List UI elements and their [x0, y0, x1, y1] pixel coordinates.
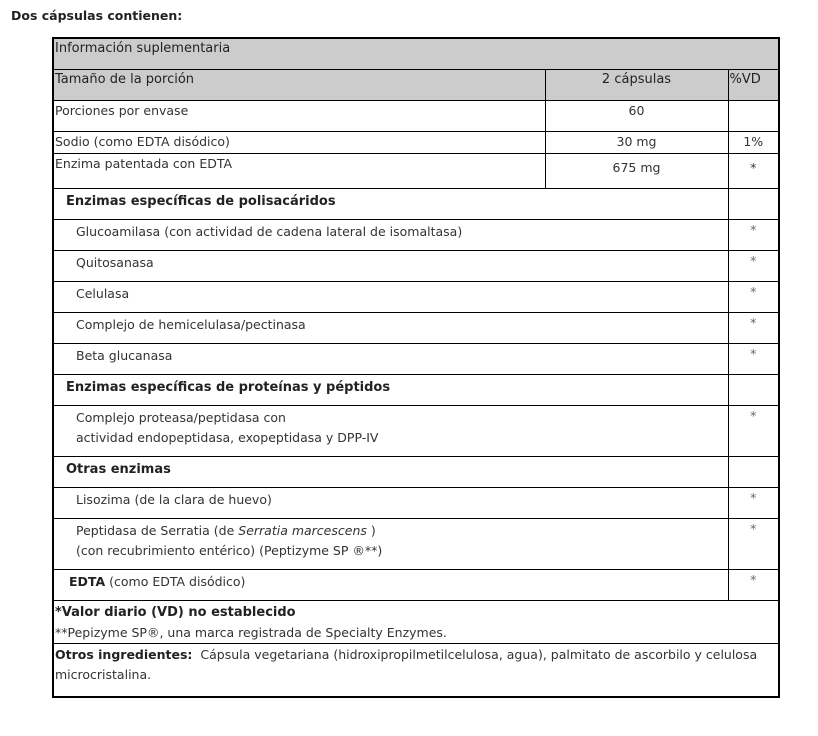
edta-row: EDTA (como EDTA disódico) *	[53, 570, 779, 601]
other-ingredients: Otros ingredientes: Cápsula vegetariana …	[55, 644, 777, 685]
ingredient-label: Complejo de hemicelulasa/pectinasa	[76, 313, 306, 335]
enzyme-blend-label: Enzima patentada con EDTA	[53, 154, 545, 189]
footnotes-row: *Valor diario (VD) no establecido **Pepi…	[53, 601, 779, 644]
ingredient-label-line1: Complejo proteasa/peptidasa con	[76, 406, 727, 428]
ingredient-label: Lisozima (de la clara de huevo)	[76, 488, 272, 510]
ingredient-dv: *	[730, 220, 778, 240]
servings-value: 60	[545, 101, 728, 132]
other-ingredients-row: Otros ingredientes: Cápsula vegetariana …	[53, 644, 779, 698]
servings-dv	[728, 101, 779, 132]
group-row: Enzimas específicas de polisacáridos	[53, 189, 779, 220]
group-name: Enzimas específicas de proteínas y pépti…	[53, 375, 728, 406]
other-ingredients-label: Otros ingredientes:	[55, 647, 192, 662]
ingredient-row: Beta glucanasa *	[53, 344, 779, 375]
enzyme-blend-amount: 675 mg	[545, 154, 728, 189]
sodium-row: Sodio (como EDTA disódico) 30 mg 1%	[53, 132, 779, 154]
serving-size-row: Tamaño de la porción 2 cápsulas %VD	[53, 70, 779, 101]
ingredient-row: Lisozima (de la clara de huevo) *	[53, 488, 779, 519]
group-row: Otras enzimas	[53, 457, 779, 488]
serving-size-value: 2 cápsulas	[545, 70, 728, 101]
ingredient-dv: *	[730, 282, 778, 302]
ingredient-row: Celulasa *	[53, 282, 779, 313]
table-title-row: Información suplementaria	[53, 38, 779, 70]
ingredient-row: Complejo de hemicelulasa/pectinasa *	[53, 313, 779, 344]
ingredient-label-line2: actividad endopeptidasa, exopeptidasa y …	[76, 428, 727, 448]
ingredient-label-line1: Peptidasa de Serratia (de Serratia marce…	[76, 519, 727, 541]
ingredient-dv: *	[730, 406, 778, 426]
servings-label: Porciones por envase	[53, 101, 545, 132]
serving-size-label: Tamaño de la porción	[53, 70, 545, 101]
ingredient-label: Celulasa	[76, 282, 129, 304]
enzyme-blend-row: Enzima patentada con EDTA 675 mg *	[53, 154, 779, 189]
footnote-brand: **Pepizyme SP®, una marca registrada de …	[55, 623, 777, 643]
ingredient-dv: *	[730, 488, 778, 508]
enzyme-blend-dv: *	[728, 154, 779, 189]
ingredient-dv: *	[730, 519, 778, 539]
footnote-dv: *Valor diario (VD) no establecido	[55, 601, 777, 623]
sodium-dv: 1%	[728, 132, 779, 154]
edta-dv: *	[730, 570, 778, 590]
edta-label: EDTA (como EDTA disódico)	[69, 570, 245, 592]
group-name: Enzimas específicas de polisacáridos	[53, 189, 728, 220]
servings-per-container-row: Porciones por envase 60	[53, 101, 779, 132]
ingredient-row: Glucoamilasa (con actividad de cadena la…	[53, 220, 779, 251]
species-name: Serratia marcescens	[238, 523, 367, 538]
ingredient-row: Complejo proteasa/peptidasa con activida…	[53, 406, 779, 457]
group-name: Otras enzimas	[53, 457, 728, 488]
section-heading: Dos cápsulas contienen:	[11, 8, 182, 23]
sodium-label: Sodio (como EDTA disódico)	[53, 132, 545, 154]
group-row: Enzimas específicas de proteínas y pépti…	[53, 375, 779, 406]
ingredient-label: Quitosanasa	[76, 251, 154, 273]
ingredient-label: Beta glucanasa	[76, 344, 172, 366]
ingredient-row: Peptidasa de Serratia (de Serratia marce…	[53, 519, 779, 570]
sodium-amount: 30 mg	[545, 132, 728, 154]
ingredient-dv: *	[730, 344, 778, 364]
dv-header: %VD	[728, 70, 779, 101]
supplement-facts-table: Información suplementaria Tamaño de la p…	[52, 37, 780, 698]
ingredient-dv: *	[730, 313, 778, 333]
ingredient-label-line2: (con recubrimiento entérico) (Peptizyme …	[76, 541, 727, 561]
ingredient-row: Quitosanasa *	[53, 251, 779, 282]
table-title: Información suplementaria	[53, 38, 779, 70]
ingredient-dv: *	[730, 251, 778, 271]
ingredient-label: Glucoamilasa (con actividad de cadena la…	[76, 220, 462, 242]
